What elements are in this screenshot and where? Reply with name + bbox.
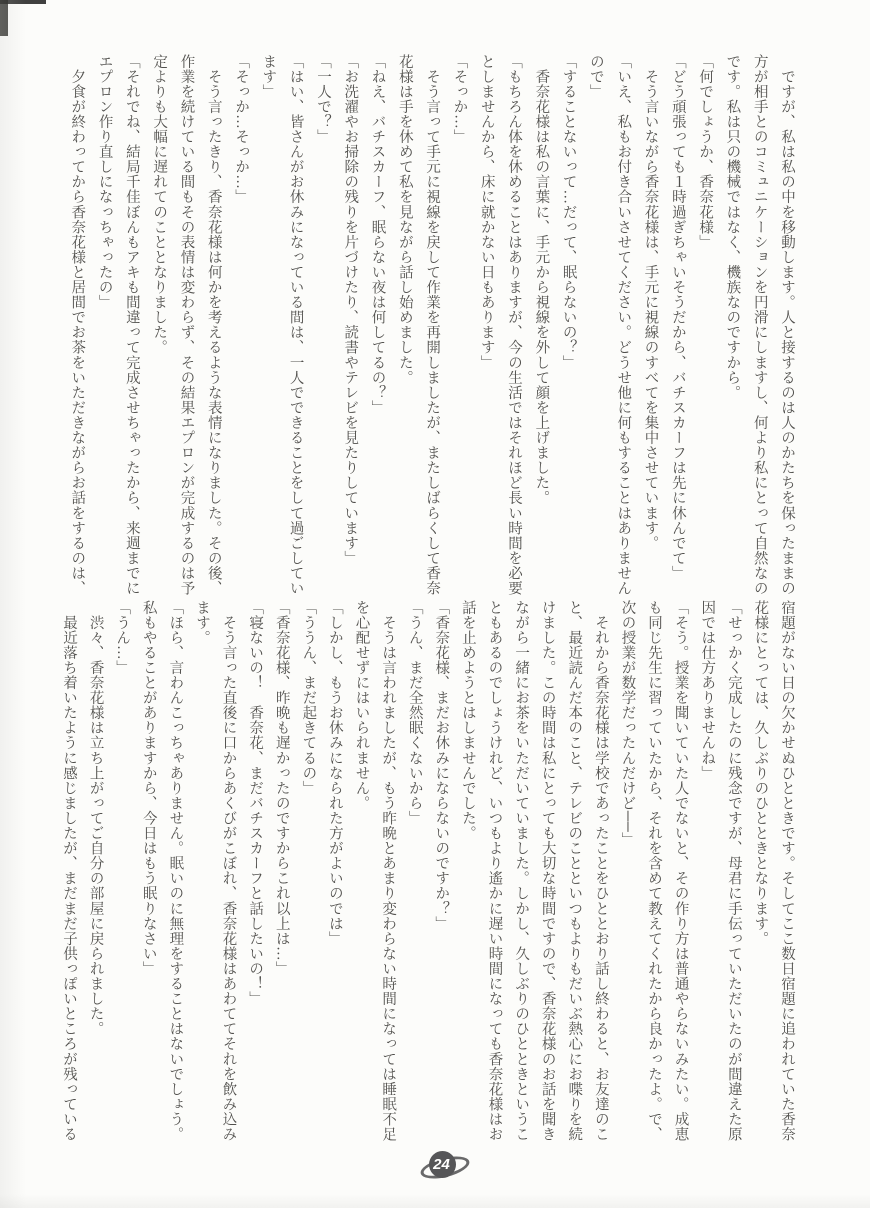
text-column: 花様にとっては、久しぶりのひとときとなります。 <box>747 600 774 1150</box>
text-column: 話を止めようとはしませんでした。 <box>454 600 481 1150</box>
text-column: 「することないって…だって、眠らないの？」 <box>554 54 581 604</box>
text-column: ながら一緒にお茶をいただいていました。しかし、久しぶりのひとときというこ <box>507 600 534 1150</box>
text-column: 定よりも大幅に遅れてのこととなりました。 <box>145 54 172 604</box>
text-column: 「何でしょうか、香奈花様」 <box>691 54 718 604</box>
text-column: 方が相手とのコミュニケーションを円滑にしますし、何より私にとって自然なの <box>745 54 772 604</box>
text-column: そう言いながら香奈花様は、手元に視線のすべてを集中させています。 <box>636 54 663 604</box>
text-column: そうは言われましたが、もう昨晩とあまり変わらない時間になっては睡眠不足 <box>375 600 402 1150</box>
text-column: ので」 <box>582 54 609 604</box>
text-column: 宿題がない日の欠かせぬひとときです。そしてここ数日宿題に追われていた香奈 <box>773 600 800 1150</box>
text-column: です。私は只の機械ではなく、機族なのですから。 <box>718 54 745 604</box>
text-column: 「ほら、言わんこっちゃありません。眠いのに無理をすることはないでしょう。 <box>162 600 189 1150</box>
text-column: 「ねえ、バチスカーフ、眠らない夜は何してるの？」 <box>363 54 390 604</box>
page-number: 24 <box>433 1156 450 1173</box>
text-column: 夕食が終わってから香奈花様と居間でお茶をいただきながらお話をするのは、 <box>63 54 90 604</box>
text-column: エプロン作り直しになっちゃったの」 <box>90 54 117 604</box>
text-column: 「せっかく完成したのに残念ですが、母君に手伝っていただいたのが間違えた原 <box>720 600 747 1150</box>
text-column: 香奈花様は私の言葉に、手元から視線を外して顔を上げました。 <box>527 54 554 604</box>
text-column: 花様は手を休めて私を見ながら話し始めました。 <box>391 54 418 604</box>
text-column: 次の授業が数学だったんだけど──」 <box>614 600 641 1150</box>
text-column: 「もちろん体を休めることはありますが、今の生活ではそれほど長い時間を必要 <box>500 54 527 604</box>
text-column: 「はい、皆さんがお休みになっている間は、一人でできることをして過ごしてい <box>281 54 308 604</box>
text-column: そう言って手元に視線を戻して作業を再開しましたが、またしばらくして香奈 <box>418 54 445 604</box>
text-column: 「しかし、もうお休みになられた方がよいのでは」 <box>321 600 348 1150</box>
text-column: そう言ったきり、香奈花様は何かを考えるような表情になりました。その後、 <box>199 54 226 604</box>
text-column: 「うん…」 <box>109 600 136 1150</box>
text-column: 「そっか…」 <box>445 54 472 604</box>
text-column: 「そう。授業を聞いていた人でないと、その作り方は普通やらないみたい。成恵 <box>667 600 694 1150</box>
text-column: それから香奈花様は学校であったことをひととおり話し終わると、お友達のこ <box>587 600 614 1150</box>
text-column: も同じ先生に習っていたから、それを含めて教えてくれたから良かったよ。で、 <box>640 600 667 1150</box>
text-column: 「どう頑張っても１時過ぎちゃいそうだから、バチスカーフは先に休んでて」 <box>664 54 691 604</box>
scanned-novel-page: ですが、私は私の中を移動します。人と接するのは人のかたちを保ったままの方が相手と… <box>0 0 870 1208</box>
text-block-bottom: 宿題がない日の欠かせぬひとときです。そしてここ数日宿題に追われていた香奈花様にと… <box>55 600 800 1150</box>
text-column: としませんから、床に就かない日もあります」 <box>472 54 499 604</box>
planet-circle-icon: 24 <box>429 1151 456 1178</box>
text-column: けました。この時間は私にとっても大切な時間ですので、香奈花様のお話を聞き <box>534 600 561 1150</box>
text-column: 渋々、香奈花様は立ち上がってご自分の部屋に戻られました。 <box>82 600 109 1150</box>
page-number-badge: 24 <box>420 1146 468 1186</box>
text-column: 因では仕方ありませんね」 <box>694 600 721 1150</box>
text-column: 「香奈花様、昨晩も遅かったのですからこれ以上は…」 <box>268 600 295 1150</box>
text-column: 作業を続けている間もその表情は変わらず、その結果エプロンが完成するのは予 <box>172 54 199 604</box>
text-column: 「そっか…そっか…」 <box>227 54 254 604</box>
text-column: ます。 <box>188 600 215 1150</box>
text-column: 「寝ないの！ 香奈花、まだバチスカーフと話したいの！」 <box>242 600 269 1150</box>
text-column: 「一人で？」 <box>309 54 336 604</box>
scan-corner-artifact-vertical <box>0 0 8 36</box>
text-column: 「ううん、まだ起きてるの」 <box>295 600 322 1150</box>
text-column: ともあるのでしょうけれど、いつもより遙かに遅い時間になっても香奈花様はお <box>481 600 508 1150</box>
text-column: 「お洗濯やお掃除の残りを片づけたり、読書やテレビを見たりしています」 <box>336 54 363 604</box>
text-column: 「香奈花様、まだお休みにならないのですか？」 <box>428 600 455 1150</box>
text-column: そう言った直後に口からあくびがこぼれ、香奈花様はあわててそれを飲み込み <box>215 600 242 1150</box>
text-column: 最近落ち着いたように感じましたが、まだまだ子供っぽいところが残っている <box>55 600 82 1150</box>
text-column: ですが、私は私の中を移動します。人と接するのは人のかたちを保ったままの <box>773 54 800 604</box>
text-column: 私もやることがありますから、今日はもう眠りなさい」 <box>135 600 162 1150</box>
text-column: ます」 <box>254 54 281 604</box>
text-block-top: ですが、私は私の中を移動します。人と接するのは人のかたちを保ったままの方が相手と… <box>63 54 800 604</box>
text-column: と、最近読んだ本のこと、テレビのことといつもよりもだいぶ熱心にお喋りを続 <box>561 600 588 1150</box>
text-column: を心配せずにはいられません。 <box>348 600 375 1150</box>
text-column: 「うん、まだ全然眠くないから」 <box>401 600 428 1150</box>
text-column: 「いえ、私もお付き合いさせてください。どうせ他に何もすることはありません <box>609 54 636 604</box>
text-column: 「それでね、結局千佳ぼんもアキも間違って完成させちゃったから、来週までに <box>118 54 145 604</box>
